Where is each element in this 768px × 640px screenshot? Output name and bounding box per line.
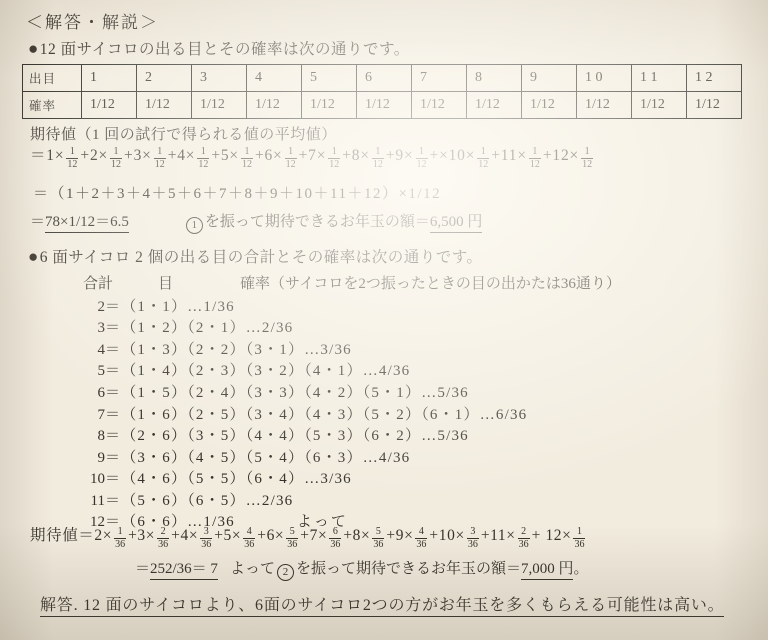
dice-face-cell: 7 xyxy=(412,65,467,92)
dice12-prob-header: 確率 xyxy=(23,92,82,119)
dice-face-cell: 1 1 xyxy=(632,65,687,92)
dice-prob-cell: 1/12 xyxy=(192,92,247,119)
sum-row-9: 9＝（3・6）（4・5）（5・4）（6・3）…4/36 xyxy=(83,446,410,467)
result-line-12: ＝78×1/12＝6.51を振って期待できるお年玉の額＝6,500 円 xyxy=(30,210,482,234)
dice-face-cell: 8 xyxy=(467,65,522,92)
dice-prob-cell: 1/12 xyxy=(577,92,632,119)
combo-list: （4・6）（5・5）（6・4） xyxy=(121,471,304,487)
combo-list: （5・6）（6・5） xyxy=(121,493,246,509)
sum-row-3: 3＝（1・2）（2・1）…2/36 xyxy=(83,316,293,337)
period: 。 xyxy=(573,561,588,577)
probability-value: …3/36 xyxy=(304,471,352,487)
dice-face-cell: 1 2 xyxy=(687,65,742,92)
probability-value: …4/36 xyxy=(363,363,411,379)
dice-prob-cell: 1/12 xyxy=(467,92,522,119)
dice-face-cell: 5 xyxy=(302,65,357,92)
equals-sign: ＝ xyxy=(105,471,121,487)
probability-value: …4/36 xyxy=(363,450,411,466)
equals-sign: ＝ xyxy=(105,407,121,423)
dice-prob-cell: 1/12 xyxy=(137,92,192,119)
sum-value: 10 xyxy=(83,471,105,488)
sum-row-11: 11＝（5・6）（6・5）…2/36 xyxy=(83,489,293,510)
probability-value: …5/36 xyxy=(421,428,469,444)
dice-face-cell: 4 xyxy=(247,65,302,92)
dice12-face-row: 出目 1 2 3 4 5 6 7 8 9 1 0 1 1 1 2 xyxy=(23,65,742,92)
sum-value: 9 xyxy=(83,450,105,467)
sum-row-2: 2＝（1・1）…1/36 xyxy=(83,295,235,316)
dice-prob-cell: 1/12 xyxy=(302,92,357,119)
sum-simplified-line: ＝（1＋2＋3＋4＋5＋6＋7＋8＋9＋10＋11＋12）×1/12 xyxy=(33,182,441,203)
dice-prob-cell: 1/12 xyxy=(357,92,412,119)
section1-heading: ●12 面サイコロの出る目とその確率は次の通りです。 xyxy=(28,37,410,59)
therefore-text: よって xyxy=(230,561,275,577)
sum-row-5: 5＝（1・4）（2・3）（3・2）（4・1）…4/36 xyxy=(83,359,410,380)
equals-sign: ＝ xyxy=(135,561,150,577)
section1-heading-text: 12 面サイコロの出る目とその確率は次の通りです。 xyxy=(40,41,410,58)
sum-row-6: 6＝（1・5）（2・4）（3・3）（4・2）（5・1）…5/36 xyxy=(83,381,469,402)
sum-list-header: 合計 目 確率（サイコロを2つ振ったときの目の出かたは36通り） xyxy=(83,272,743,292)
combo-list: （2・6）（3・5）（4・4）（5・3）（6・2） xyxy=(121,428,421,444)
dice-prob-cell: 1/12 xyxy=(247,92,302,119)
combo-list: （1・4）（2・3）（3・2）（4・1） xyxy=(121,363,363,379)
combo-list: （3・6）（4・5）（5・4）（6・3） xyxy=(121,450,363,466)
combo-list: （1・5）（2・4）（3・3）（4・2）（5・1） xyxy=(121,385,421,401)
column-label-probability: 確率（サイコロを2つ振ったときの目の出かたは36通り） xyxy=(240,272,621,293)
circled-1-icon: 1 xyxy=(186,217,203,234)
dice12-prob-row: 確率 1/12 1/12 1/12 1/12 1/12 1/12 1/12 1/… xyxy=(23,92,742,119)
probability-value: …1/36 xyxy=(187,299,235,315)
dice-prob-cell: 1/12 xyxy=(632,92,687,119)
column-label-sum: 合計 xyxy=(83,272,113,293)
sum-value: 4 xyxy=(83,342,105,359)
result-line-2d6: ＝252/36＝ 7よって2を振って期待できるお年玉の額＝7,000 円。 xyxy=(135,557,589,581)
equals-sign: ＝ xyxy=(105,363,121,379)
dice-face-cell: 9 xyxy=(522,65,577,92)
dice12-table: 出目 1 2 3 4 5 6 7 8 9 1 0 1 1 1 2 確率 1/12… xyxy=(22,64,742,119)
dice-prob-cell: 1/12 xyxy=(82,92,137,119)
conclusion-text-12: を振って期待できるお年玉の額＝ xyxy=(205,214,430,230)
document-page: ＜解答・解説＞ ●12 面サイコロの出る目とその確率は次の通りです。 出目 1 … xyxy=(0,0,768,640)
equals-sign: ＝ xyxy=(105,450,121,466)
result-value-2d6: 252/36＝ 7 xyxy=(150,561,218,580)
equals-sign: ＝ xyxy=(105,342,121,358)
dice-face-cell: 1 0 xyxy=(577,65,632,92)
sum-row-8: 8＝（2・6）（3・5）（4・4）（5・3）（6・2）…5/36 xyxy=(83,424,469,445)
combo-list: （1・6）（2・5）（3・4）（4・3）（5・2）（6・1） xyxy=(121,407,480,423)
probability-value: …6/36 xyxy=(480,407,528,423)
sum-value: 6 xyxy=(83,385,105,402)
expected-value-equation-2d6: 期待値＝2×136+3×236+4×336+5×436+6×536+7×636+… xyxy=(30,523,587,550)
expected-value-label: 期待値（1 回の試行で得られる値の平均値） xyxy=(30,123,337,144)
dice-prob-cell: 1/12 xyxy=(687,92,742,119)
otoshidama-amount-12: 6,500 円 xyxy=(430,214,483,233)
sum-value: 8 xyxy=(83,428,105,445)
sum-row-10: 10＝（4・6）（5・5）（6・4）…3/36 xyxy=(83,467,352,488)
probability-value: …2/36 xyxy=(246,493,294,509)
equals-sign: ＝ xyxy=(105,320,121,336)
dice-prob-cell: 1/12 xyxy=(522,92,577,119)
section2-heading-text: 6 面サイコロ 2 個の出る目の合計とその確率は次の通りです。 xyxy=(40,249,483,266)
probability-value: …5/36 xyxy=(421,385,469,401)
equals-sign: ＝ xyxy=(105,493,121,509)
sum-value: 5 xyxy=(83,363,105,380)
combo-list: （1・3）（2・2）（3・1） xyxy=(121,342,304,358)
probability-value: …2/36 xyxy=(246,320,294,336)
equals-sign: ＝ xyxy=(105,299,121,315)
dice-face-cell: 2 xyxy=(137,65,192,92)
sum-row-7: 7＝（1・6）（2・5）（3・4）（4・3）（5・2）（6・1）…6/36 xyxy=(83,403,527,424)
conclusion-text-2d6: を振って期待できるお年玉の額＝ xyxy=(296,561,521,577)
sum-value: 3 xyxy=(83,320,105,337)
column-label-faces: 目 xyxy=(158,272,173,293)
probability-value: …3/36 xyxy=(304,342,352,358)
sum-value: 11 xyxy=(83,493,105,510)
final-answer-text: 解答. 12 面のサイコロより、6面のサイコロ2つの方がお年玉を多くもらえる可能… xyxy=(40,597,724,617)
equals-sign: ＝ xyxy=(105,428,121,444)
combo-list: （1・1） xyxy=(121,299,187,315)
dice-face-cell: 6 xyxy=(357,65,412,92)
circled-2-icon: 2 xyxy=(277,564,294,581)
dice-face-cell: 3 xyxy=(192,65,247,92)
page-title: ＜解答・解説＞ xyxy=(26,8,159,33)
sum-value: 7 xyxy=(83,407,105,424)
bullet-icon: ● xyxy=(28,39,39,58)
expected-value-equation-12: ＝1×112+2×112+3×112+4×112+5×112+6×112+7×1… xyxy=(30,143,595,170)
bullet-icon: ● xyxy=(28,247,39,266)
combo-list: （1・2）（2・1） xyxy=(121,320,246,336)
otoshidama-amount-2d6: 7,000 円 xyxy=(521,561,574,580)
equals-sign: ＝ xyxy=(105,385,121,401)
final-answer-line: 解答. 12 面のサイコロより、6面のサイコロ2つの方がお年玉を多くもらえる可能… xyxy=(40,592,724,615)
dice-face-cell: 1 xyxy=(82,65,137,92)
section2-heading: ●6 面サイコロ 2 個の出る目の合計とその確率は次の通りです。 xyxy=(28,245,482,267)
sum-row-4: 4＝（1・3）（2・2）（3・1）…3/36 xyxy=(83,338,352,359)
dice12-face-header: 出目 xyxy=(23,65,82,92)
dice-prob-cell: 1/12 xyxy=(412,92,467,119)
sum-value: 2 xyxy=(83,299,105,316)
equals-sign: ＝ xyxy=(30,214,45,230)
result-value-12: 78×1/12＝6.5 xyxy=(45,214,129,233)
